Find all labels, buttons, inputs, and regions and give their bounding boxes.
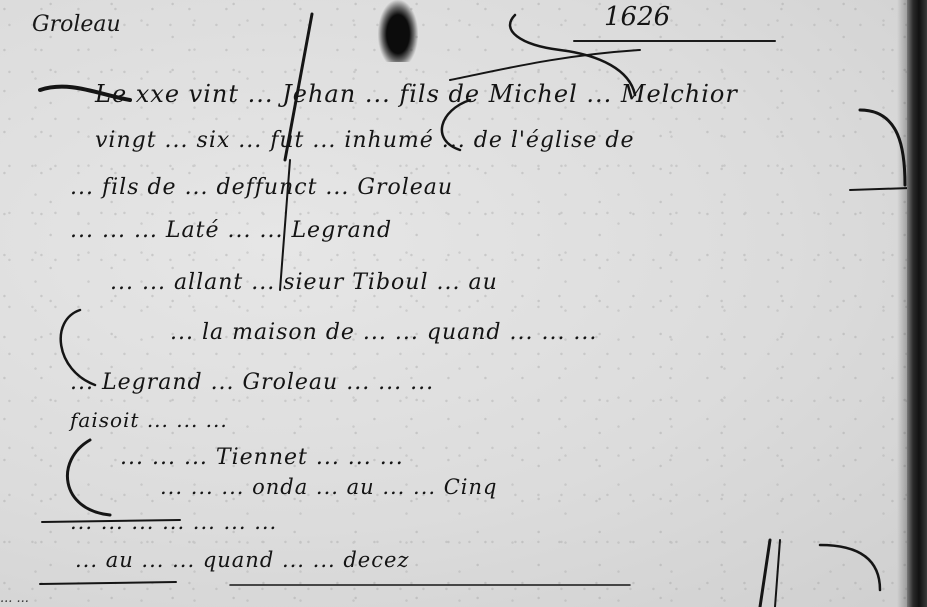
- text-line-12: ... au ... ... quand ... ... decez: [75, 548, 409, 572]
- text-line-6: ... la maison de ... ... quand ... ... .…: [170, 320, 597, 345]
- manuscript-page: Groleau 1626 Le xxe vint ... Jehan ... f…: [0, 0, 927, 607]
- text-line-8: faisoit ... ... ...: [70, 408, 228, 432]
- text-line-4: ... ... ... Laté ... ... Legrand: [70, 218, 392, 243]
- text-line-10: ... ... ... onda ... au ... ... Cinq: [160, 475, 498, 499]
- book-binding: [907, 0, 927, 607]
- binding-shadow: [897, 0, 907, 607]
- text-line-11: ... ... ... ... ... ... ...: [70, 510, 277, 534]
- text-line-1: Le xxe vint ... Jehan ... fils de Michel…: [95, 80, 738, 108]
- text-line-9: ... ... ... Tiennet ... ... ...: [120, 445, 404, 470]
- text-line-7: ... Legrand ... Groleau ... ... ...: [70, 370, 434, 395]
- text-line-3: ... fils de ... deffunct ... Groleau: [70, 175, 453, 200]
- footer-fragment: ... ...: [0, 591, 29, 606]
- text-line-2: vingt ... six ... fut ... inhumé ... de …: [95, 128, 635, 153]
- text-line-5: ... ... allant ... sieur Tiboul ... au: [110, 270, 498, 295]
